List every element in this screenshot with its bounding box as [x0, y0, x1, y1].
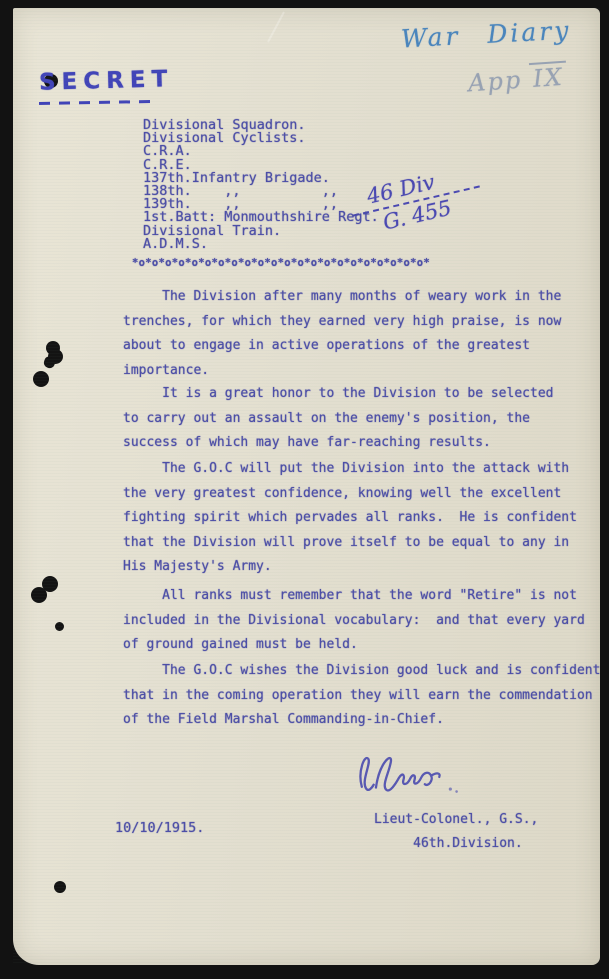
secret-underline	[39, 100, 151, 105]
punch-hole	[55, 622, 64, 631]
war-diary-annotation: War Diary	[400, 16, 572, 54]
paragraph-4: All ranks must remember that the word "R…	[123, 584, 585, 658]
paragraph-2: It is a great honor to the Division to b…	[123, 382, 553, 456]
division-reference-annotation: 46 Div G. 455	[361, 159, 490, 238]
paragraph-3: The G.O.C will put the Division into the…	[123, 457, 577, 580]
punch-hole	[33, 371, 49, 387]
distribution-list: Divisional Squadron. Divisional Cyclists…	[143, 119, 379, 251]
punch-hole	[31, 587, 47, 603]
appendix-annotation: AppIX	[467, 61, 567, 98]
punch-hole	[54, 881, 66, 893]
secret-classification-stamp: SECRET	[39, 66, 174, 96]
appendix-numeral: IX	[529, 61, 568, 93]
photo-background: War Diary AppIX SECRET 46 Div G. 455 Div…	[0, 0, 609, 979]
appendix-prefix: App	[467, 66, 523, 98]
paragraph-1: The Division after many months of weary …	[123, 285, 561, 383]
document-page: War Diary AppIX SECRET 46 Div G. 455 Div…	[13, 8, 600, 965]
signature-block: Lieut-Colonel., G.S., 46th.Division.	[374, 808, 538, 855]
date: 10/10/1915.	[115, 820, 204, 836]
signature	[349, 738, 484, 811]
asterisk-separator: *o*o*o*o*o*o*o*o*o*o*o*o*o*o*o*o*o*o*o*o…	[132, 257, 430, 269]
crease-mark	[267, 12, 285, 43]
paragraph-5: The G.O.C wishes the Division good luck …	[123, 659, 600, 733]
